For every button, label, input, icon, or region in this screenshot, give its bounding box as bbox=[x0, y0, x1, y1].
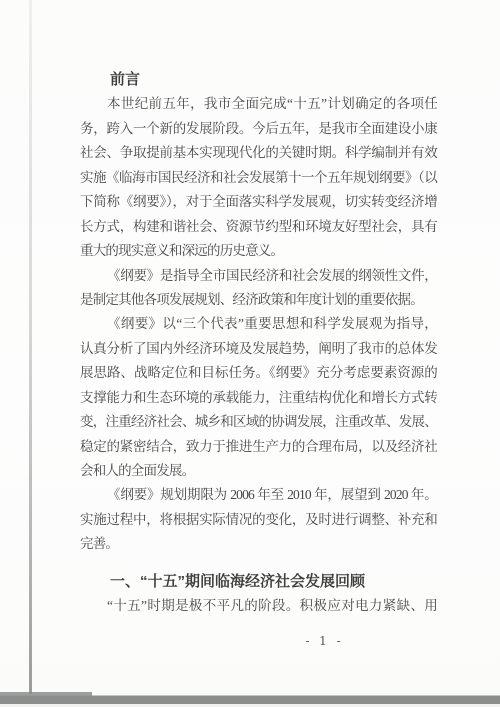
page-number: - 1 - bbox=[282, 634, 367, 648]
text-block: 前言本世纪前五年，我市全面完成“十五”计划确定的各项任务，跨入一个新的发展阶段。… bbox=[80, 68, 437, 619]
text-line: 展思路、战略定位和目标任务。《纲要》充分考虑要素资源的 bbox=[80, 361, 437, 385]
preface-heading: 前言 bbox=[80, 68, 437, 92]
text-line: 社会、争取提前基本实现现代化的关键时期。科学编制并有效 bbox=[80, 141, 437, 165]
text-line: 完善。 bbox=[80, 532, 437, 556]
text-line: 认真分析了国内外经济环境及发展趋势，阐明了我市的总体发 bbox=[80, 337, 437, 361]
text-line: 本世纪前五年，我市全面完成“十五”计划确定的各项任 bbox=[80, 92, 437, 116]
text-line: 下简称《纲要》），对于全面落实科学发展观，切实转变经济增 bbox=[80, 190, 437, 214]
text-line: 《纲要》以“三个代表”重要思想和科学发展观为指导， bbox=[80, 312, 437, 336]
page-fold-shadow bbox=[29, 0, 32, 694]
text-line: 会和人的全面发展。 bbox=[80, 459, 437, 483]
scanned-page: 前言本世纪前五年，我市全面完成“十五”计划确定的各项任务，跨入一个新的发展阶段。… bbox=[0, 0, 500, 707]
text-line: 稳定的紧密结合，致力于推进生产力的合理布局，以及经济社 bbox=[80, 435, 437, 459]
text-line: 长方式，构建和谐社会、资源节约型和环境友好型社会，具有 bbox=[80, 215, 437, 239]
text-line: 《纲要》规划期限为 2006 年至 2010 年，展望到 2020 年。 bbox=[80, 483, 437, 507]
text-line: “十五”时期是极不平凡的阶段。积极应对电力紧缺、用 bbox=[80, 594, 437, 618]
text-line: 实施过程中，将根据实际情况的变化，及时进行调整、补充和 bbox=[80, 508, 437, 532]
text-line: 务，跨入一个新的发展阶段。今后五年，是我市全面建设小康 bbox=[80, 117, 437, 141]
text-line: 实施《临海市国民经济和社会发展第十一个五年规划纲要》（以 bbox=[80, 166, 437, 190]
text-line: 变，注重经济社会、城乡和区域的协调发展，注重改革、发展、 bbox=[80, 410, 437, 434]
text-line: 《纲要》是指导全市国民经济和社会发展的纲领性文件， bbox=[80, 264, 437, 288]
text-line: 重大的现实意义和深远的历史意义。 bbox=[80, 239, 437, 263]
text-line: 是制定其他各项发展规划、经济政策和年度计划的重要依据。 bbox=[80, 288, 437, 312]
text-line: 支撑能力和生态环境的承载能力，注重结构优化和增长方式转 bbox=[80, 386, 437, 410]
section-heading: 一、“十五”期间临海经济社会发展回顾 bbox=[80, 570, 437, 594]
